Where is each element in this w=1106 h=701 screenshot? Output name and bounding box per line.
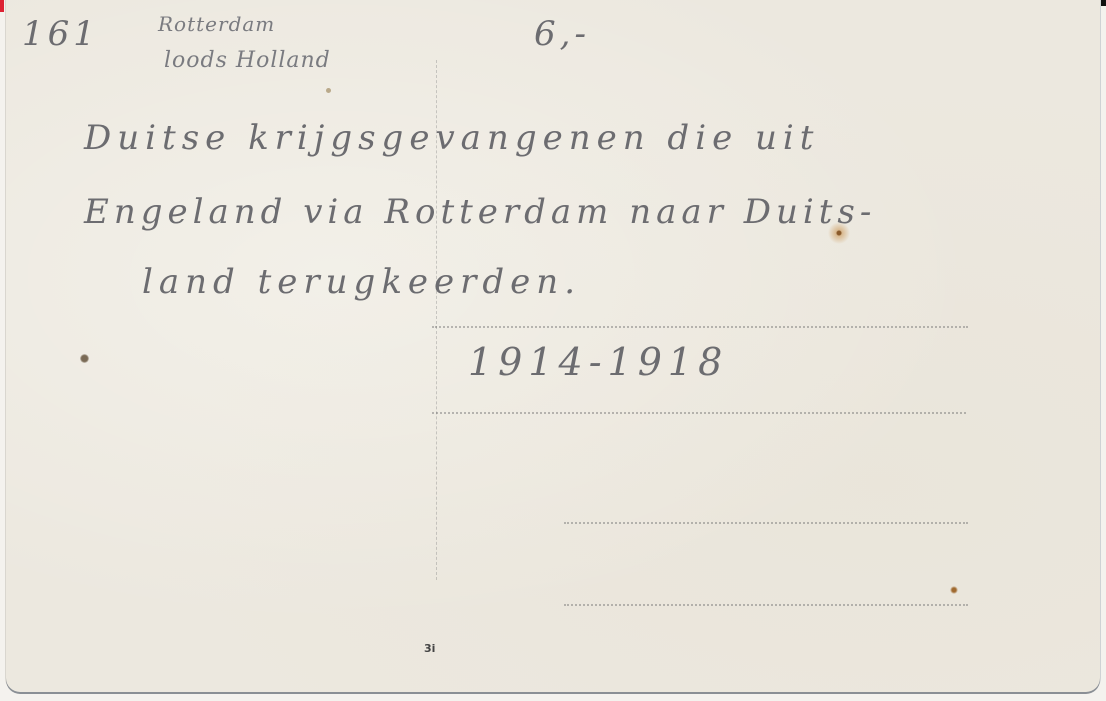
address-line-4 xyxy=(564,604,968,606)
address-line-1 xyxy=(432,326,968,328)
foxing-stain xyxy=(326,88,331,93)
caption-line-3: land terugkeerden. xyxy=(142,262,581,302)
catalog-number: 161 xyxy=(22,14,99,54)
foxing-stain xyxy=(828,222,850,244)
address-line-3 xyxy=(564,522,968,524)
scanned-postcard: 161 Rotterdam loods Holland 6,- Duitse k… xyxy=(0,0,1106,701)
foxing-stain xyxy=(950,586,958,594)
foxing-stain xyxy=(80,354,89,363)
scan-corner-mark xyxy=(0,0,4,12)
caption-line-1: Duitse krijgsgevangenen die uit xyxy=(84,118,819,158)
address-line-2 xyxy=(432,412,966,414)
location-line-1: Rotterdam xyxy=(158,12,275,36)
price-mark: 6,- xyxy=(534,14,590,54)
location-line-2: loods Holland xyxy=(164,48,331,73)
date-range: 1914-1918 xyxy=(468,340,728,384)
printed-code: 3i xyxy=(424,642,435,655)
caption-line-2: Engeland via Rotterdam naar Duits- xyxy=(84,192,876,232)
postcard-back: 161 Rotterdam loods Holland 6,- Duitse k… xyxy=(6,0,1100,692)
